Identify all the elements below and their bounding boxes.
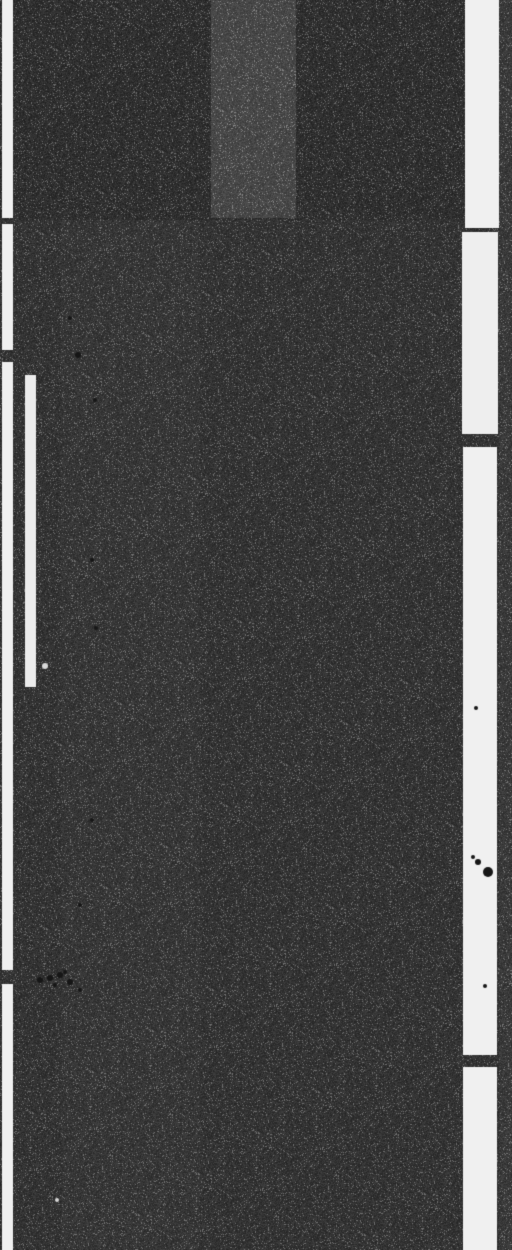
road-surface-canvas (0, 0, 512, 1250)
